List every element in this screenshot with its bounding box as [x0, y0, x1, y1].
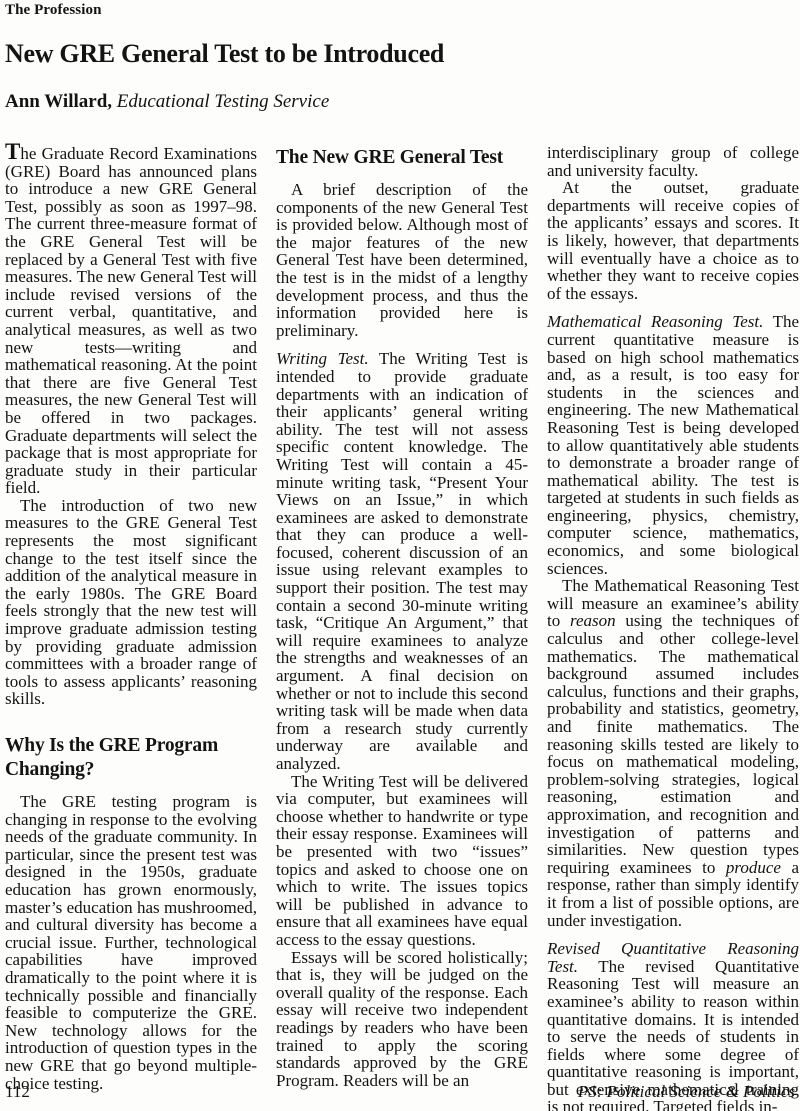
section-heading: Why Is the GRE Program Changing? [5, 734, 257, 782]
text-run: A brief description of the components of… [276, 180, 528, 340]
italic-run: reason [570, 611, 616, 630]
text-run: The Writing Test will be delivered via c… [276, 772, 528, 949]
article-body-columns: The Graduate Record Examinations (GRE) B… [5, 144, 797, 1111]
italic-run: produce [726, 858, 781, 877]
text-column-1: The Graduate Record Examinations (GRE) B… [5, 144, 257, 1111]
paragraph: At the outset, graduate departments will… [547, 179, 799, 302]
section-kicker: The Profession [5, 2, 797, 19]
paragraph: The GRE testing program is changing in r… [5, 793, 257, 1092]
paragraph: The Mathematical Reasoning Test will mea… [547, 577, 799, 929]
author-affiliation: Educational Testing Service [117, 91, 330, 112]
text-run: using the techniques of calculus and oth… [547, 611, 799, 876]
paragraph: Mathematical Reasoning Test. The current… [547, 313, 799, 577]
paragraph: A brief description of the components of… [276, 181, 528, 339]
text-run: he Graduate Record Examinations (GRE) Bo… [5, 144, 257, 497]
page-number: 112 [5, 1082, 30, 1102]
text-run: The Writing Test is intended to provide … [276, 349, 528, 773]
text-run: The current quantitative measure is base… [547, 312, 799, 577]
article-title: New GRE General Test to be Introduced [5, 40, 797, 68]
page-footer: 112 PS: Political Science & Politics [5, 1082, 795, 1102]
paragraph: interdisciplinary group of college and u… [547, 144, 799, 179]
paragraph: The introduction of two new measures to … [5, 497, 257, 708]
dropcap-initial: T [5, 139, 20, 164]
paragraph: The Writing Test will be delivered via c… [276, 773, 528, 949]
paragraph: The Graduate Record Examinations (GRE) B… [5, 144, 257, 497]
text-column-3: interdisciplinary group of college and u… [547, 144, 799, 1111]
journal-name: PS: Political Science & Politics [578, 1082, 795, 1102]
section-heading: The New GRE General Test [276, 146, 528, 170]
text-run: Essays will be scored holistically; that… [276, 948, 528, 1090]
italic-run: Writing Test. [276, 349, 369, 368]
text-run: The introduction of two new measures to … [5, 496, 257, 709]
text-run: At the outset, graduate departments will… [547, 178, 799, 303]
journal-page: The Profession New GRE General Test to b… [0, 0, 800, 1111]
text-column-2: The New GRE General TestA brief descript… [276, 144, 528, 1111]
paragraph: Essays will be scored holistically; that… [276, 949, 528, 1090]
text-run: The GRE testing program is changing in r… [5, 792, 257, 1093]
paragraph: Writing Test. The Writing Test is intend… [276, 350, 528, 772]
byline: Ann Willard, Educational Testing Service [5, 91, 797, 113]
text-run: interdisciplinary group of college and u… [547, 143, 799, 180]
italic-run: Mathematical Reasoning Test. [547, 312, 763, 331]
author-name: Ann Willard, [5, 91, 112, 112]
